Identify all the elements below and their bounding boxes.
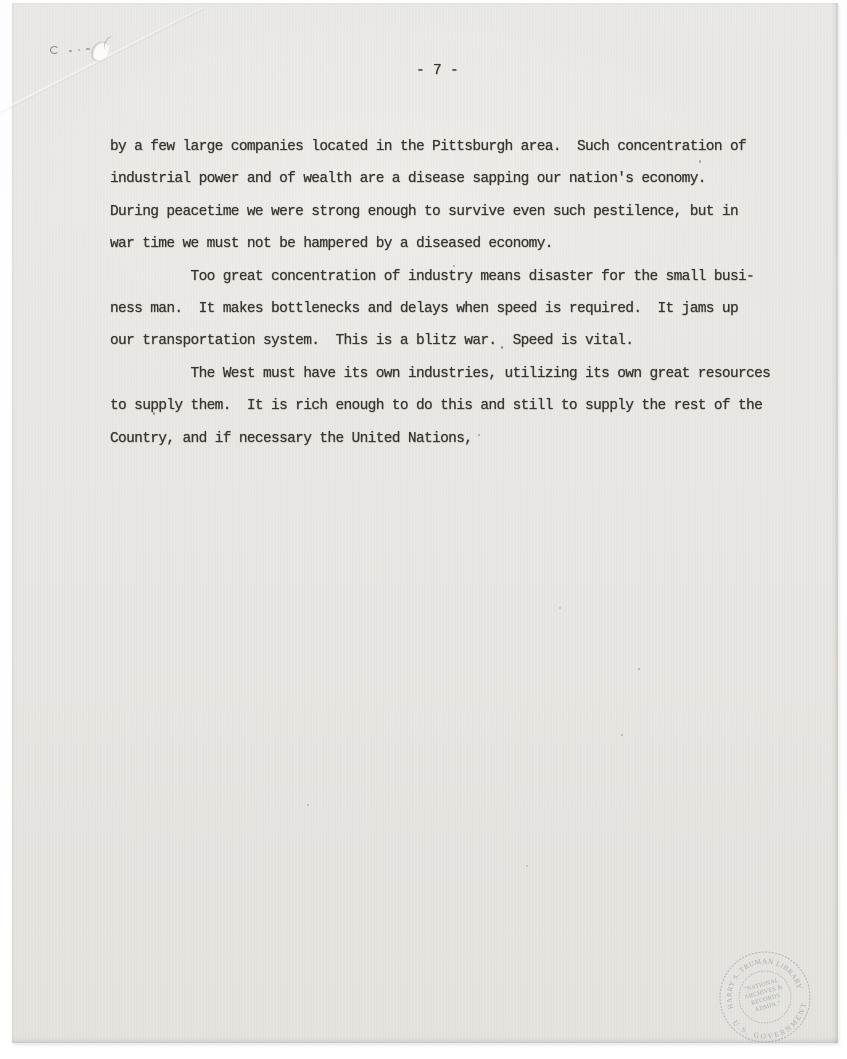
dust-speck xyxy=(526,865,528,867)
dust-speck xyxy=(638,668,640,670)
dust-speck xyxy=(307,804,309,806)
text-line: our transportation system. This is a bli… xyxy=(110,325,810,357)
pencil-dot xyxy=(69,50,72,52)
page-number: - 7 - xyxy=(416,63,459,79)
text-line: During peacetime we were strong enough t… xyxy=(110,196,810,228)
dust-speck xyxy=(621,734,623,736)
body-text: by a few large companies located in the … xyxy=(110,131,810,455)
text-line: war time we must not be hampered by a di… xyxy=(110,228,810,260)
text-line: Country, and if necessary the United Nat… xyxy=(110,423,810,455)
text-line: by a few large companies located in the … xyxy=(110,131,810,163)
text-line: Too great concentration of industry mean… xyxy=(110,261,810,293)
dust-speck xyxy=(559,607,561,609)
scanned-document-background: - 7 - by a few large companies located i… xyxy=(0,0,847,1059)
torn-paper-chip xyxy=(90,39,110,63)
pencil-mark xyxy=(50,46,59,54)
pencil-dot xyxy=(86,48,90,50)
text-line: ness man. It makes bottlenecks and delay… xyxy=(110,293,810,325)
pencil-dot xyxy=(78,49,80,51)
text-line: The West must have its own industries, u… xyxy=(110,358,810,390)
text-line: to supply them. It is rich enough to do … xyxy=(110,390,810,422)
truman-library-archives-stamp: HARRY S. TRUMAN LIBRARY U.S. GOVERNMENT … xyxy=(708,940,822,1054)
document-page: - 7 - by a few large companies located i… xyxy=(12,3,838,1043)
text-line: industrial power and of wealth are a dis… xyxy=(110,163,810,195)
